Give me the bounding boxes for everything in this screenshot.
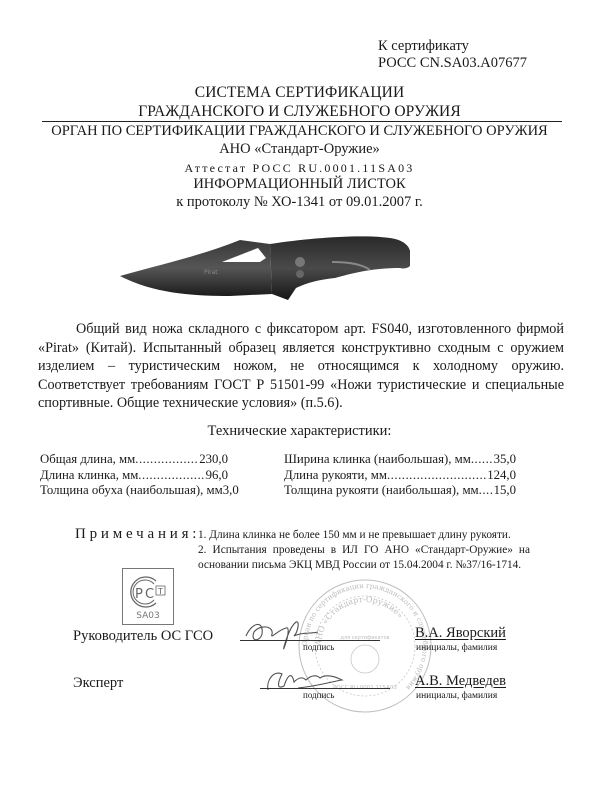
spec-label: Длина рукояти, мм [284, 468, 387, 484]
document-title: ИНФОРМАЦИОННЫЙ ЛИСТОК к протоколу № ХО-1… [0, 175, 599, 211]
certificate-ref-line1: К сертификату [378, 38, 527, 55]
svg-text:P: P [135, 587, 143, 602]
mark-code: SA03 [136, 611, 160, 621]
notes-list: 1. Длина клинка не более 150 мм и не пре… [198, 528, 530, 573]
system-title-line1: СИСТЕМА СЕРТИФИКАЦИИ [0, 83, 599, 102]
spec-label: Общая длина, мм [40, 452, 135, 468]
svg-text:C: C [145, 587, 154, 602]
signatory-name: А.В. Медведев [415, 673, 506, 690]
spec-row: Толщина обуха (наибольшая), мм3,0 [40, 483, 228, 499]
note-item: 2. Испытания проведены в ИЛ ГО АНО «Стан… [198, 543, 530, 573]
blade-mark: Pirat [204, 269, 218, 276]
signatory-name: В.А. Яворский [415, 625, 506, 642]
organ-title: ОРГАН ПО СЕРТИФИКАЦИИ ГРАЖДАНСКОГО И СЛУ… [0, 122, 599, 140]
spec-label: Ширина клинка (наибольшая), мм [284, 452, 471, 468]
signature-line [260, 688, 390, 689]
name-caption: инициалы, фамилия [416, 691, 497, 701]
notes-label: Примечания: [75, 526, 200, 543]
signature-caption: подпись [303, 690, 334, 700]
spec-label: Длина клинка, мм [40, 468, 138, 484]
signature-line [240, 640, 380, 641]
spec-row: Длина клинка, мм96,0 [40, 468, 228, 484]
specs-left-column: Общая длина, мм230,0 Длина клинка, мм96,… [40, 452, 228, 499]
spec-row: Толщина рукояти (наибольшая), мм15,0 [284, 483, 516, 499]
organ-name: АНО «Стандарт-Оружие» [0, 140, 599, 158]
specs-right-column: Ширина клинка (наибольшая), мм35,0 Длина… [284, 452, 516, 499]
certificate-ref-number: РОСС CN.SA03.A07677 [378, 55, 527, 72]
title-line1: ИНФОРМАЦИОННЫЙ ЛИСТОК [0, 175, 599, 193]
spec-row: Длина рукояти, мм124,0 [284, 468, 516, 484]
svg-text:T: T [157, 587, 163, 596]
system-header: СИСТЕМА СЕРТИФИКАЦИИ ГРАЖДАНСКОГО И СЛУЖ… [0, 83, 599, 121]
knife-image: Pirat [100, 218, 410, 308]
signatory-role: Эксперт [73, 675, 123, 692]
pct-logo-icon: P C T SA03 [123, 569, 173, 624]
organ-header: ОРГАН ПО СЕРТИФИКАЦИИ ГРАЖДАНСКОГО И СЛУ… [0, 122, 599, 177]
spec-value: 96,0 [206, 468, 228, 484]
spec-label: Толщина обуха (наибольшая), мм [40, 483, 223, 499]
certification-mark: P C T SA03 [122, 568, 174, 625]
system-title-line2: ГРАЖДАНСКОГО И СЛУЖЕБНОГО ОРУЖИЯ [0, 102, 599, 121]
spec-value: 15,0 [494, 483, 516, 499]
description-paragraph: Общий вид ножа складного с фиксатором ар… [38, 320, 564, 413]
specs-heading: Технические характеристики: [0, 423, 599, 440]
certificate-reference: К сертификату РОСС CN.SA03.A07677 [378, 38, 527, 72]
spec-value: 3,0 [223, 483, 239, 499]
knife-photo: Pirat [100, 218, 410, 308]
protocol-reference: к протоколу № ХО-1341 от 09.01.2007 г. [0, 193, 599, 211]
handwritten-signature-icon [238, 608, 358, 660]
spec-row: Общая длина, мм230,0 [40, 452, 228, 468]
spec-value: 230,0 [199, 452, 228, 468]
name-caption: инициалы, фамилия [416, 643, 497, 653]
spec-value: 124,0 [487, 468, 516, 484]
spec-value: 35,0 [494, 452, 516, 468]
signature-caption: подпись [303, 642, 334, 652]
signatory-role: Руководитель ОС ГСО [73, 628, 213, 645]
note-item: 1. Длина клинка не более 150 мм и не пре… [198, 528, 530, 543]
spec-label: Толщина рукояти (наибольшая), мм [284, 483, 479, 499]
spec-row: Ширина клинка (наибольшая), мм35,0 [284, 452, 516, 468]
